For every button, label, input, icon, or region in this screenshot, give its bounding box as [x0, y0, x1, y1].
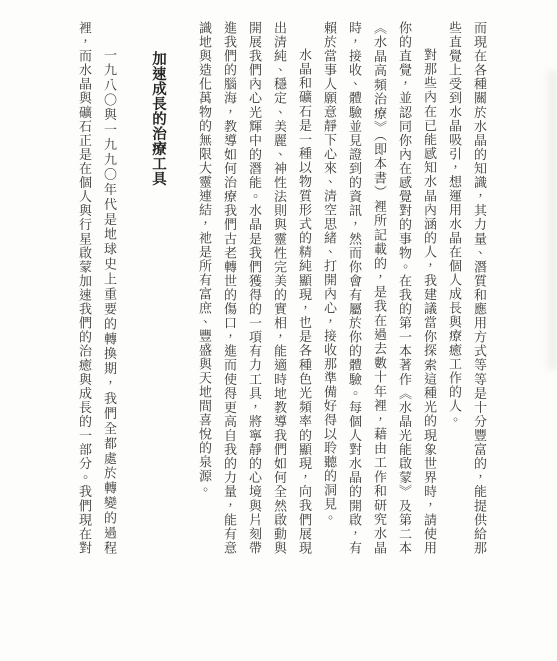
text-line: 識地與造化萬物的無限大靈連結，祂是所有富庶、豐盛與天地間喜悅的泉源。	[192, 21, 217, 555]
text-line: 時，接收、體驗並見證到的資訊，然而你會有屬於你的體驗。每個人對水晶的開啟，有	[342, 21, 367, 555]
book-page: 而現在各種關於水晶的知識，其力量、潛質和應用方式等等是十分豐富的，能提供給那 些…	[0, 0, 557, 661]
text-block: 而現在各種關於水晶的知識，其力量、潛質和應用方式等等是十分豐富的，能提供給那 些…	[72, 21, 492, 555]
text-line: 《水晶高頻治療》（即本書）裡所記載的，是我在過去數十年裡，藉由工作和研究水晶	[367, 21, 392, 555]
text-line: 而現在各種關於水晶的知識，其力量、潛質和應用方式等等是十分豐富的，能提供給那	[467, 21, 492, 555]
text-line: 裡，而水晶與礦石正是在個人與行星啟蒙加速我們的治癒與成長的一部分。我們現在對	[72, 21, 97, 555]
text-line: 些直覺上受到水晶吸引，想運用水晶在個人成長與療癒工作的人。	[442, 21, 467, 555]
page-edge-shadow	[543, 70, 557, 370]
text-line: 水晶和礦石是一種以物質形式的精純顯現，也是各種色光頻率的顯現，向我們展現	[292, 21, 317, 555]
text-line: 進我們的腦海，教導如何治療我們古老轉世的傷口，進而使得更高自我的力量，能有意	[217, 21, 242, 555]
text-line: 你的直覺，並認同你內在感覺對的事物。在我的第一本著作《水晶光能啟蒙》及第二本	[392, 21, 417, 555]
section-heading: 加速成長的治療工具	[146, 21, 170, 555]
text-line: 一九八〇與一九九〇年代是地球史上重要的轉換期，我們全都處於轉變的過程	[97, 21, 122, 555]
text-line: 賴於當事人願意靜下心來、清空思緒、打開內心，接收那準備好得以聆聽的洞見。	[317, 21, 342, 555]
text-line: 對那些內在已能感知水晶內涵的人，我建議當你探索這種光的現象世界時，請使用	[417, 21, 442, 555]
text-line: 開展我們內心光輝中的潛能。水晶是我們獲得的一項有力工具，將寧靜的心境與片刻帶	[242, 21, 267, 555]
text-line: 出清純、穩定、美麗、神性法則與靈性完美的實相，能適時地教導我們如何全然啟動與	[267, 21, 292, 555]
